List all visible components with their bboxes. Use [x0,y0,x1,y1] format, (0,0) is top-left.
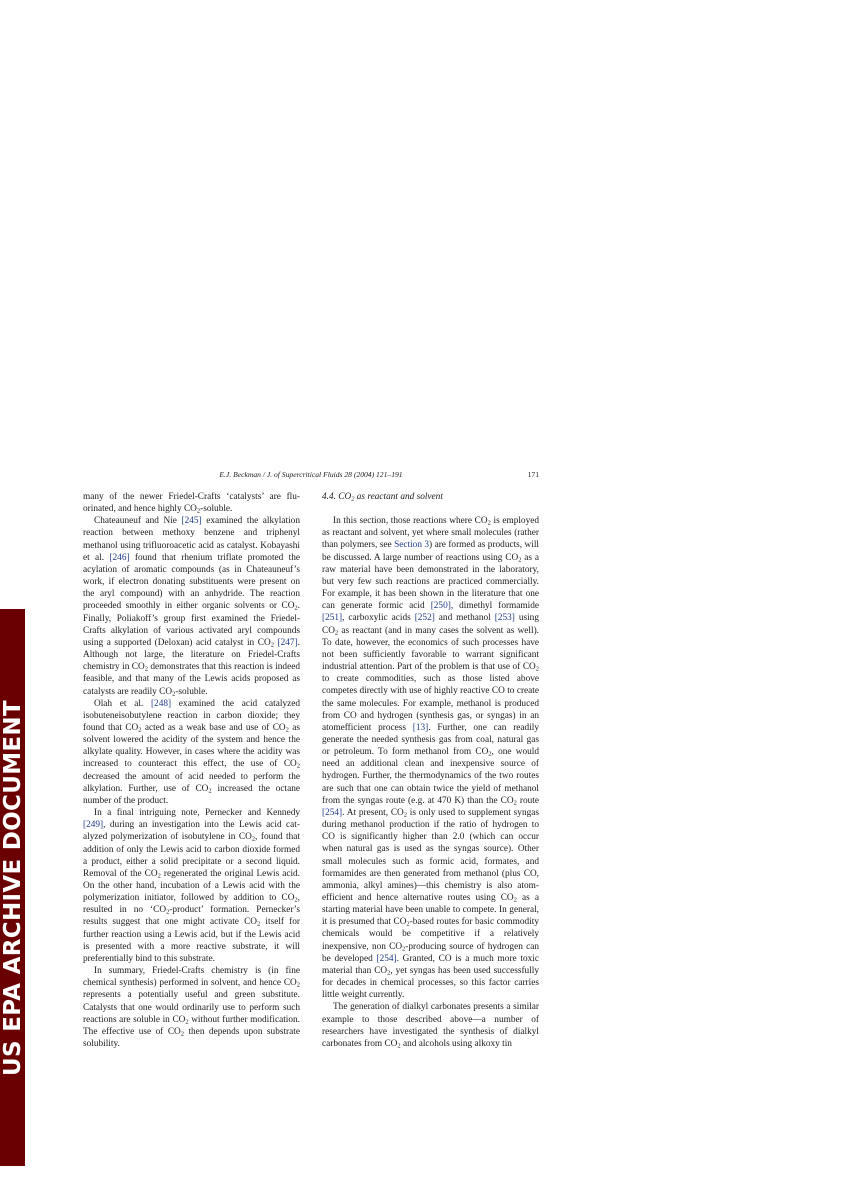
subscript: 2 [294,605,297,612]
paragraph: Chateauneuf and Nie [245] examined the a… [83,515,300,697]
subscript: 2 [488,751,491,758]
subscript: 2 [158,872,161,879]
paragraph: The generation of dialkyl carbonates pre… [322,1001,539,1050]
right-column-body: In this section, those reactions where C… [322,515,539,1050]
subscript: 2 [286,726,289,733]
subscript: 2 [387,969,390,976]
page-number: 171 [528,470,539,479]
subscript: 2 [518,556,521,563]
citation-link[interactable]: [254] [376,954,396,964]
subscript: 2 [397,1042,400,1049]
subscript: 2 [166,909,169,916]
subscript: 2 [514,897,517,904]
subscript: 2 [297,982,300,989]
subscript: 2 [145,666,148,673]
subscript: 2 [514,799,517,806]
subscript: 2 [185,1018,188,1025]
subscript: 2 [294,897,297,904]
subscript: 2 [197,508,200,515]
citation-link[interactable]: [250] [431,601,451,611]
subscript: 2 [406,921,409,928]
citation-link[interactable]: [13] [413,723,429,733]
subscript: 2 [172,690,175,697]
subscript: 2 [271,641,274,648]
paragraph: In this section, those reactions where C… [322,515,539,1001]
citation-link[interactable]: [254] [322,808,342,818]
subscript: 2 [404,811,407,818]
subscript: 2 [297,763,300,770]
subscript: 2 [402,945,405,952]
subscript: 2 [181,1030,184,1037]
section-heading: 4.4. CO2 as reactant and solvent [322,491,539,503]
subscript: 2 [208,787,211,794]
running-head: E.J. Beckman / J. of Supercritical Fluid… [83,470,539,482]
journal-citation: E.J. Beckman / J. of Supercritical Fluid… [83,470,539,479]
citation-link[interactable]: Section 3 [394,540,429,550]
citation-link[interactable]: [253] [495,613,515,623]
citation-link[interactable]: [245] [182,516,202,526]
paragraph: In a final intriguing note, Pernecker an… [83,807,300,965]
citation-link[interactable]: [246] [109,553,129,563]
subscript: 2 [257,921,260,928]
epa-archive-banner: US EPA ARCHIVE DOCUMENT [0,609,25,1166]
citation-link[interactable]: [249] [83,820,103,830]
banner-text: US EPA ARCHIVE DOCUMENT [0,700,25,1076]
subscript: 2 [252,836,255,843]
paragraph: In summary, Friedel-Crafts chemistry is … [83,965,300,1050]
left-column: many of the newer Friedel-Crafts ‘cataly… [83,491,300,1050]
paragraph: many of the newer Friedel-Crafts ‘cataly… [83,491,300,515]
citation-link[interactable]: [247] [278,638,298,648]
citation-link[interactable]: [252] [415,613,435,623]
right-column: 4.4. CO2 as reactant and solvent In this… [322,491,539,1050]
citation-link[interactable]: [251] [322,613,342,623]
citation-link[interactable]: [248] [151,699,171,709]
subscript: 2 [335,629,338,636]
subscript: 2 [488,520,491,527]
paragraph: Olah et al. [248] examined the acid cata… [83,698,300,807]
subscript: 2 [138,726,141,733]
subscript: 2 [536,666,539,673]
subscript: 2 [351,496,354,503]
